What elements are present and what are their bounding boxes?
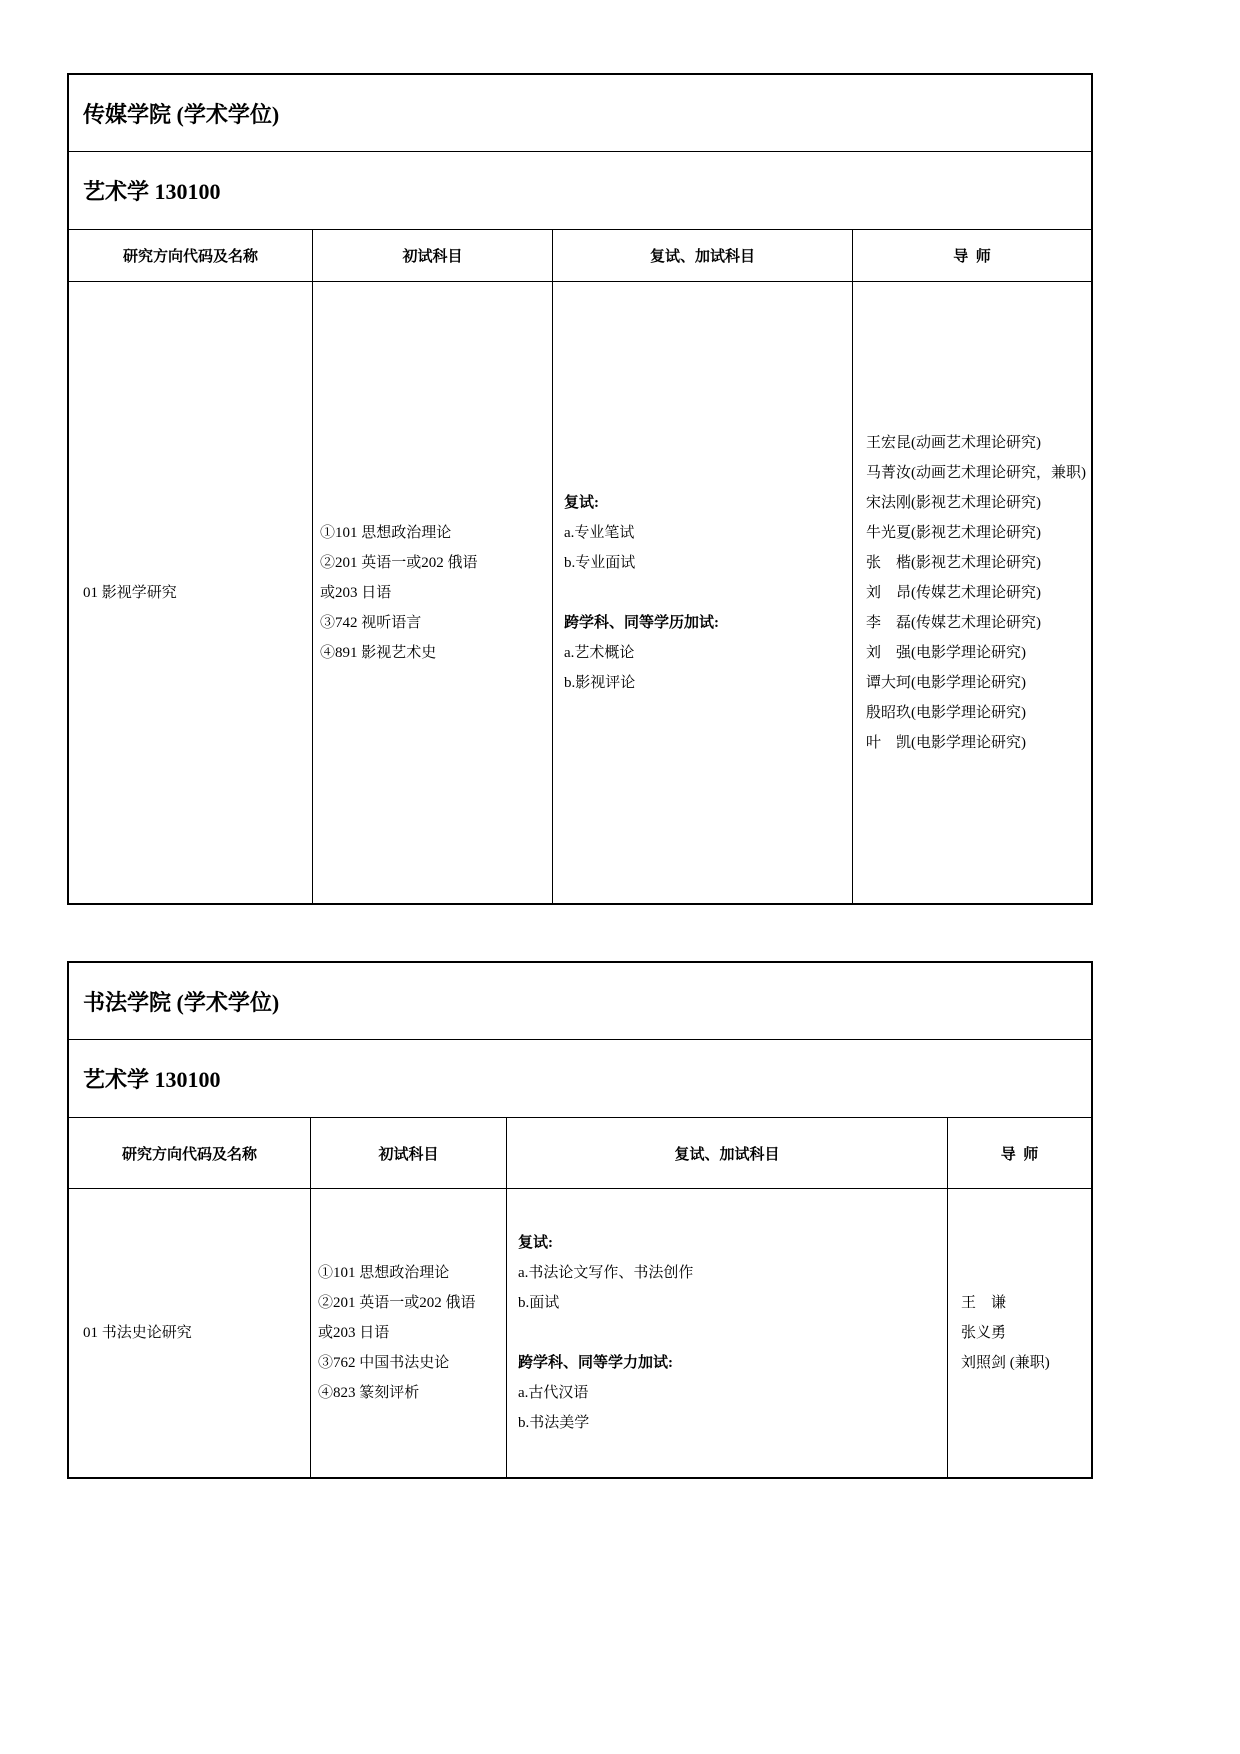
header-initial-subjects: 初试科目: [310, 1118, 506, 1188]
advisor-line: 刘 昂(传媒艺术理论研究): [866, 578, 1091, 608]
college-title: 书法学院 (学术学位): [69, 963, 1091, 1040]
advisors-cell: 王 谦 张义勇 刘照剑 (兼职): [947, 1189, 1091, 1477]
retest-cell: 复试: a.专业笔试 b.专业面试 跨学科、同等学历加试: a.艺术概论 b.影…: [552, 282, 852, 903]
advisor-line: 张 楷(影视艺术理论研究): [866, 548, 1091, 578]
subject-line: ③762 中国书法史论: [318, 1348, 506, 1378]
advisor-line: 王 谦: [961, 1288, 1091, 1318]
advisor-line: 谭大珂(电影学理论研究): [866, 668, 1091, 698]
subject-line: 或203 日语: [318, 1318, 506, 1348]
subject-line: ④891 影视艺术史: [320, 638, 552, 668]
additional-item: b.影视评论: [564, 668, 852, 698]
advisor-line: 殷昭玖(电影学理论研究): [866, 698, 1091, 728]
advisor-line: 刘照剑 (兼职): [961, 1348, 1091, 1378]
retest-item: b.专业面试: [564, 548, 852, 578]
table-row: 01 影视学研究 ①101 思想政治理论 ②201 英语一或202 俄语 或20…: [69, 282, 1091, 903]
advisor-line: 马菁汝(动画艺术理论研究，兼职): [866, 458, 1091, 488]
retest-item: a.专业笔试: [564, 518, 852, 548]
advisor-line: 牛光夏(影视艺术理论研究): [866, 518, 1091, 548]
subject-line: ①101 思想政治理论: [320, 518, 552, 548]
major-title: 艺术学 130100: [69, 152, 1091, 230]
direction-cell: 01 影视学研究: [69, 282, 312, 903]
subject-line: ①101 思想政治理论: [318, 1258, 506, 1288]
advisor-line: 刘 强(电影学理论研究): [866, 638, 1091, 668]
retest-item: b.面试: [518, 1288, 947, 1318]
media-college-table: 传媒学院 (学术学位) 艺术学 130100 研究方向代码及名称 初试科目 复试…: [67, 73, 1093, 905]
additional-item: a.古代汉语: [518, 1378, 947, 1408]
blank-line: [518, 1318, 947, 1348]
subject-line: ②201 英语一或202 俄语: [320, 548, 552, 578]
advisor-line: 王宏昆(动画艺术理论研究): [866, 428, 1091, 458]
header-advisors: 导 师: [947, 1118, 1091, 1188]
retest-cell: 复试: a.书法论文写作、书法创作 b.面试 跨学科、同等学力加试: a.古代汉…: [506, 1189, 947, 1477]
additional-label: 跨学科、同等学力加试:: [518, 1348, 947, 1378]
direction-text: 01 影视学研究: [83, 578, 312, 608]
direction-cell: 01 书法史论研究: [69, 1189, 310, 1477]
advisor-line: 宋法刚(影视艺术理论研究): [866, 488, 1091, 518]
additional-item: a.艺术概论: [564, 638, 852, 668]
advisor-line: 张义勇: [961, 1318, 1091, 1348]
major-title: 艺术学 130100: [69, 1040, 1091, 1118]
advisor-line: 叶 凯(电影学理论研究): [866, 728, 1091, 758]
direction-text: 01 书法史论研究: [83, 1318, 310, 1348]
initial-subjects-cell: ①101 思想政治理论 ②201 英语一或202 俄语 或203 日语 ③742…: [312, 282, 552, 903]
additional-item: b.书法美学: [518, 1408, 947, 1438]
header-initial-subjects: 初试科目: [312, 230, 552, 281]
page: { "tables": [ { "college": "传媒学院 (学术学位)"…: [0, 0, 1240, 1754]
retest-label: 复试:: [518, 1228, 947, 1258]
college-title: 传媒学院 (学术学位): [69, 75, 1091, 152]
additional-label: 跨学科、同等学历加试:: [564, 608, 852, 638]
table-header-row: 研究方向代码及名称 初试科目 复试、加试科目 导 师: [69, 1118, 1091, 1189]
subject-line: ④823 篆刻评析: [318, 1378, 506, 1408]
retest-item: a.书法论文写作、书法创作: [518, 1258, 947, 1288]
advisor-line: 李 磊(传媒艺术理论研究): [866, 608, 1091, 638]
subject-line: ③742 视听语言: [320, 608, 552, 638]
header-retest-subjects: 复试、加试科目: [506, 1118, 947, 1188]
initial-subjects-cell: ①101 思想政治理论 ②201 英语一或202 俄语 或203 日语 ③762…: [310, 1189, 506, 1477]
table-header-row: 研究方向代码及名称 初试科目 复试、加试科目 导 师: [69, 230, 1091, 282]
subject-line: 或203 日语: [320, 578, 552, 608]
blank-line: [564, 578, 852, 608]
header-direction: 研究方向代码及名称: [69, 1118, 310, 1188]
header-advisors: 导 师: [852, 230, 1091, 281]
subject-line: ②201 英语一或202 俄语: [318, 1288, 506, 1318]
retest-label: 复试:: [564, 488, 852, 518]
advisors-cell: 王宏昆(动画艺术理论研究) 马菁汝(动画艺术理论研究，兼职) 宋法刚(影视艺术理…: [852, 282, 1091, 903]
header-retest-subjects: 复试、加试科目: [552, 230, 852, 281]
table-row: 01 书法史论研究 ①101 思想政治理论 ②201 英语一或202 俄语 或2…: [69, 1189, 1091, 1477]
header-direction: 研究方向代码及名称: [69, 230, 312, 281]
calligraphy-college-table: 书法学院 (学术学位) 艺术学 130100 研究方向代码及名称 初试科目 复试…: [67, 961, 1093, 1479]
